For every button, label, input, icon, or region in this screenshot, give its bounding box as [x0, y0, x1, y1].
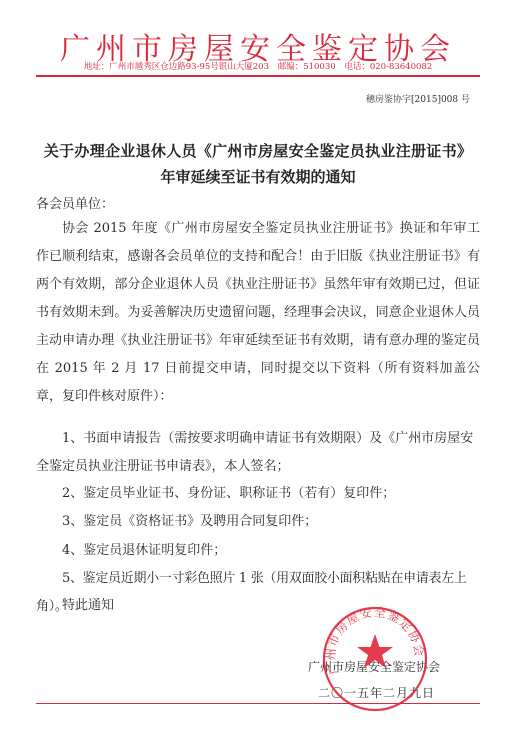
requirement-item-3: 3、鉴定员《资格证书》及聘用合同复印件； [36, 508, 480, 536]
salutation: 各会员单位： [36, 193, 114, 212]
official-seal-icon: 广州市房屋安全鉴定协会 [320, 604, 430, 714]
footer-rule [36, 703, 480, 704]
closing-text: 特此通知 [62, 594, 114, 613]
document-number: 穗房鉴协字[2015]008 号 [366, 92, 470, 105]
document-title-line-2: 年审延续至证书有效期的通知 [0, 166, 516, 187]
letterhead-info: 地址：广州市越秀区仓边路93-95号银山大厦203 邮编：510030 电话：0… [0, 60, 516, 72]
requirement-item-2: 2、鉴定员毕业证书、身份证、职称证书（若有）复印件； [36, 480, 480, 508]
requirement-item-4: 4、鉴定员退休证明复印件； [36, 537, 480, 565]
body-paragraph: 协会 2015 年度《广州市房屋安全鉴定员执业注册证书》换证和年审工作已顺利结束… [36, 215, 480, 411]
letterhead-address: 地址：广州市越秀区仓边路93-95号银山大厦203 [84, 62, 269, 72]
document-title-line-1: 关于办理企业退休人员《广州市房屋安全鉴定员执业注册证书》 [0, 140, 516, 161]
letterhead-phone: 电话：020-83640082 [344, 62, 432, 72]
requirement-item-1: 1、书面申请报告（需按要求明确申请证书有效期限）及《广州市房屋安全鉴定员执业注册… [36, 425, 480, 481]
letterhead-postcode: 邮编：510030 [278, 62, 336, 72]
letterhead-rule [36, 75, 480, 77]
